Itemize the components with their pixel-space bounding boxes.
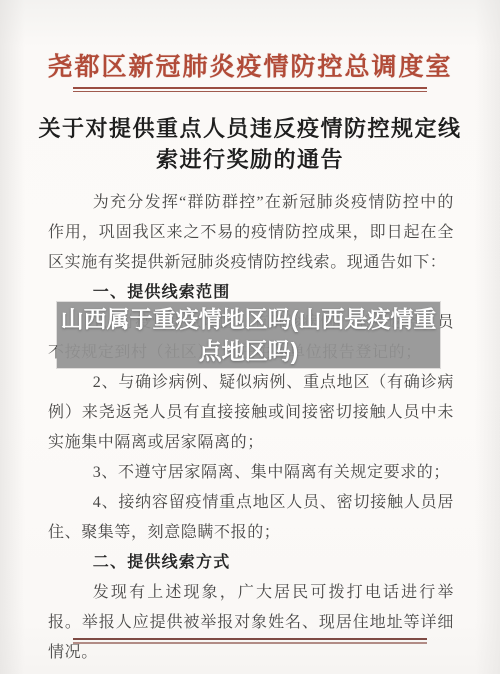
notice-paragraph-report: 发现有上述现象，广大居民可拨打电话进行举报。举报人应提供被举报对象姓名、现居住地… — [48, 578, 454, 668]
bottom-divider — [73, 638, 427, 644]
banner-underline — [73, 87, 427, 92]
banner-title: 尧都区新冠肺炎疫情防控总调度室 — [0, 47, 500, 83]
caption-overlay: 山西属于重疫情地区吗(山西是疫情重点地区吗) — [57, 302, 440, 368]
notice-photo: 尧都区新冠肺炎疫情防控总调度室 关于对提供重点人员违反疫情防控规定线索进行奖励的… — [0, 0, 500, 674]
notice-paragraph-intro: 为充分发挥“群防群控”在新冠肺炎疫情防控中的作用，巩固我区来之不易的疫情防控成果… — [48, 188, 454, 278]
notice-item-2: 2、与确诊病例、疑似病例、重点地区（有确诊病例）来尧返尧人员有直接接触或间接密切… — [48, 368, 454, 458]
section-heading-method: 二、提供线索方式 — [48, 548, 454, 578]
caption-text: 山西属于重疫情地区吗(山西是疫情重点地区吗) — [57, 303, 440, 367]
notice-item-3: 3、不遵守居家隔离、集中隔离有关规定要求的； — [48, 458, 454, 488]
notice-body: 为充分发挥“群防群控”在新冠肺炎疫情防控中的作用，巩固我区来之不易的疫情防控成果… — [48, 188, 454, 668]
notice-item-4: 4、接纳容留疫情重点地区人员、密切接触人员居住、聚集等，刻意隐瞒不报的； — [48, 488, 454, 548]
notice-title: 关于对提供重点人员违反疫情防控规定线索进行奖励的通告 — [35, 113, 465, 175]
